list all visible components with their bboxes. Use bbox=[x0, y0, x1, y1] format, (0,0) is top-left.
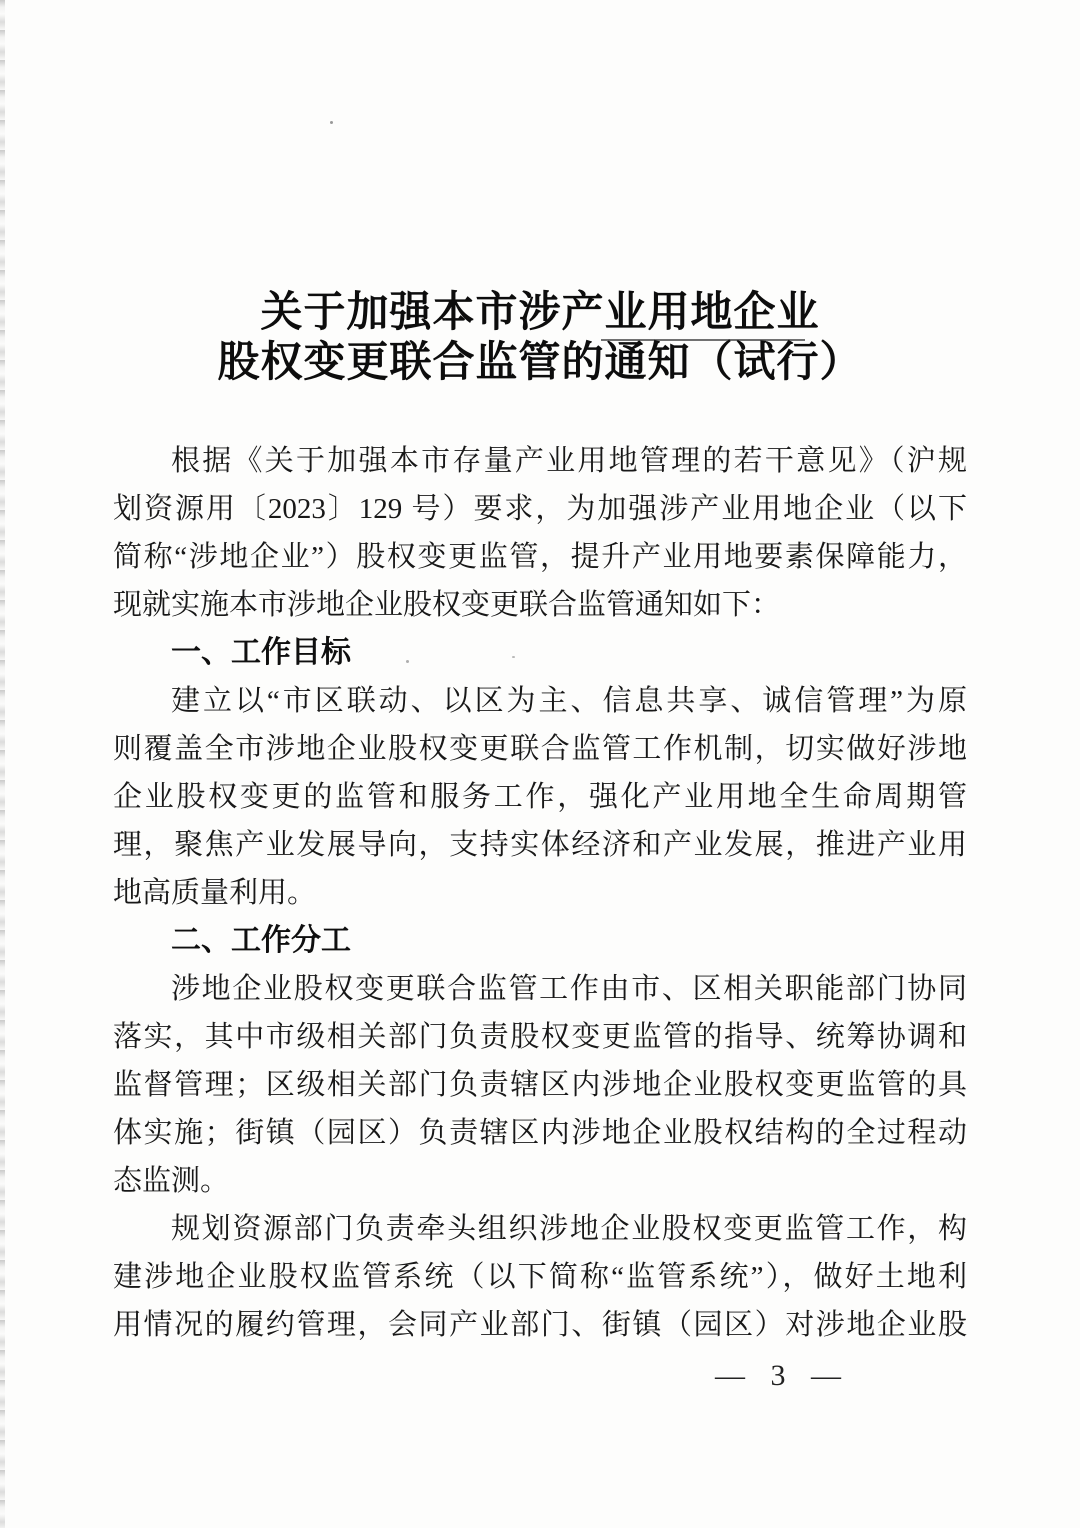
body-line: 态监测。 bbox=[113, 1157, 967, 1205]
section-heading-2: 二、工作分工 bbox=[113, 917, 967, 965]
body-line: 简称“涉地企业”）股权变更监管，提升产业用地要素保障能力， bbox=[113, 533, 967, 581]
body-line: 用情况的履约管理，会同产业部门、街镇（园区）对涉地企业股 bbox=[113, 1301, 967, 1349]
body-line: 监督管理；区级相关部门负责辖区内涉地企业股权变更监管的具 bbox=[113, 1061, 967, 1109]
scan-underline-artifact bbox=[601, 339, 805, 341]
document-body: 根据《关于加强本市存量产业用地管理的若干意见》（沪规 划资源用〔2023〕129… bbox=[113, 437, 967, 1349]
section-heading-1: 一、工作目标 bbox=[113, 629, 967, 677]
body-line: 根据《关于加强本市存量产业用地管理的若干意见》（沪规 bbox=[113, 437, 967, 485]
body-line: 涉地企业股权变更联合监管工作由市、区相关职能部门协同 bbox=[113, 965, 967, 1013]
body-line: 落实，其中市级相关部门负责股权变更监管的指导、统筹协调和 bbox=[113, 1013, 967, 1061]
body-line: 体实施；街镇（园区）负责辖区内涉地企业股权结构的全过程动 bbox=[113, 1109, 967, 1157]
scan-speck-artifact bbox=[406, 660, 409, 663]
title-line-2: 股权变更联合监管的通知（试行） bbox=[0, 338, 1080, 388]
title-line-1: 关于加强本市涉产业用地企业 bbox=[0, 288, 1080, 338]
body-line: 现就实施本市涉地企业股权变更联合监管通知如下： bbox=[113, 581, 967, 629]
scan-edge-artifact bbox=[0, 0, 5, 1528]
scan-speck-artifact bbox=[512, 656, 515, 658]
document-title: 关于加强本市涉产业用地企业 股权变更联合监管的通知（试行） bbox=[0, 288, 1080, 388]
body-line: 划资源用〔2023〕129 号）要求，为加强涉产业用地企业（以下 bbox=[113, 485, 967, 533]
body-line: 企业股权变更的监管和服务工作，强化产业用地全生命周期管 bbox=[113, 773, 967, 821]
scan-speck-artifact bbox=[330, 121, 333, 124]
body-line: 则覆盖全市涉地企业股权变更联合监管工作机制，切实做好涉地 bbox=[113, 725, 967, 773]
body-line: 建涉地企业股权监管系统（以下简称“监管系统”），做好土地利 bbox=[113, 1253, 967, 1301]
body-line: 建立以“市区联动、以区为主、信息共享、诚信管理”为原 bbox=[113, 677, 967, 725]
page-number: — 3 — bbox=[113, 1356, 843, 1396]
body-line: 理，聚焦产业发展导向，支持实体经济和产业发展，推进产业用 bbox=[113, 821, 967, 869]
body-line: 地高质量利用。 bbox=[113, 869, 967, 917]
scanned-document-page: 关于加强本市涉产业用地企业 股权变更联合监管的通知（试行） 根据《关于加强本市存… bbox=[0, 0, 1080, 1528]
body-line: 规划资源部门负责牵头组织涉地企业股权变更监管工作，构 bbox=[113, 1205, 967, 1253]
